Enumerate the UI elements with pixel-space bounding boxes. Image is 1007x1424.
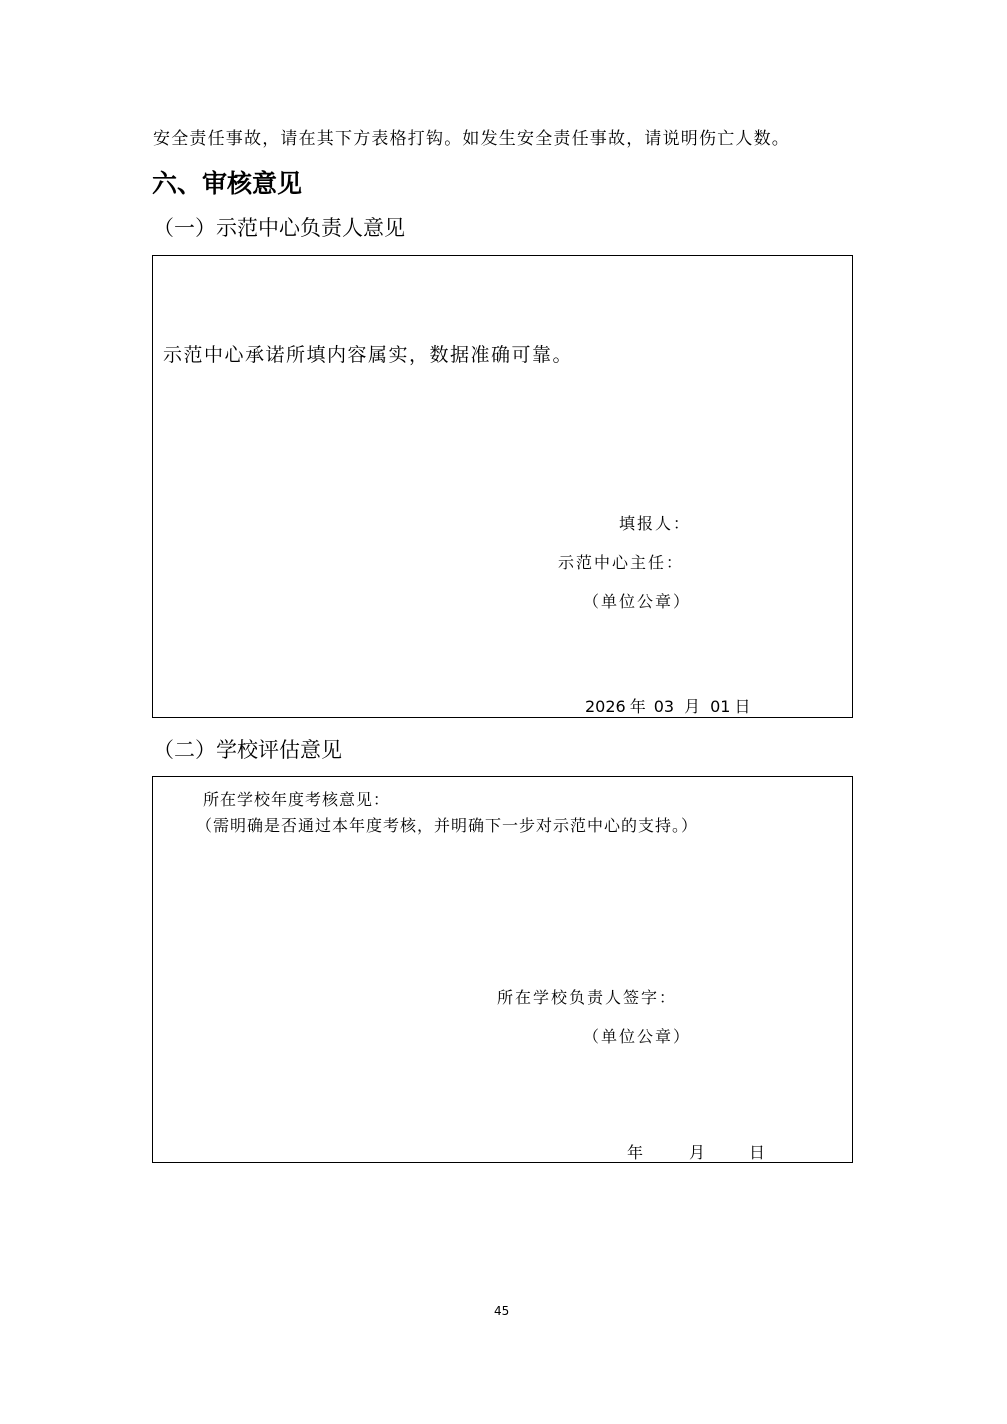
page-number: 45 (494, 1304, 509, 1318)
date-month: 03 (654, 697, 674, 716)
date-day-unit: 日 (734, 697, 750, 716)
center-head-opinion-box (152, 255, 853, 718)
date-year: 2026 (585, 697, 626, 716)
part2-heading: （二）学校评估意见 (153, 734, 342, 764)
seal-label-2: （单位公章） (583, 1024, 691, 1047)
filler-label: 填报人： (619, 511, 691, 534)
signer-label: 所在学校负责人签字： (497, 985, 677, 1008)
intro-line: 安全责任事故，请在其下方表格打钩。如发生安全责任事故，请说明伤亡人数。 (153, 124, 790, 149)
date-year-unit: 年 (630, 697, 646, 716)
part2-date-month-unit: 月 (689, 1140, 707, 1163)
part1-date: 2026 年 03 月 01 日 (585, 694, 750, 717)
seal-label: （单位公章） (583, 589, 691, 612)
date-month-unit: 月 (684, 697, 700, 716)
part2-date-year-unit: 年 (627, 1140, 645, 1163)
opinion-label: 所在学校年度考核意见： (203, 787, 390, 810)
director-label: 示范中心主任： (558, 550, 684, 573)
part2-date-day-unit: 日 (749, 1140, 767, 1163)
date-day: 01 (710, 697, 730, 716)
part1-heading: （一）示范中心负责人意见 (153, 212, 405, 242)
opinion-hint: （需明确是否通过本年度考核，并明确下一步对示范中心的支持。） (196, 813, 698, 836)
commitment-statement: 示范中心承诺所填内容属实，数据准确可靠。 (163, 340, 573, 367)
section-title: 六、审核意见 (152, 164, 302, 200)
